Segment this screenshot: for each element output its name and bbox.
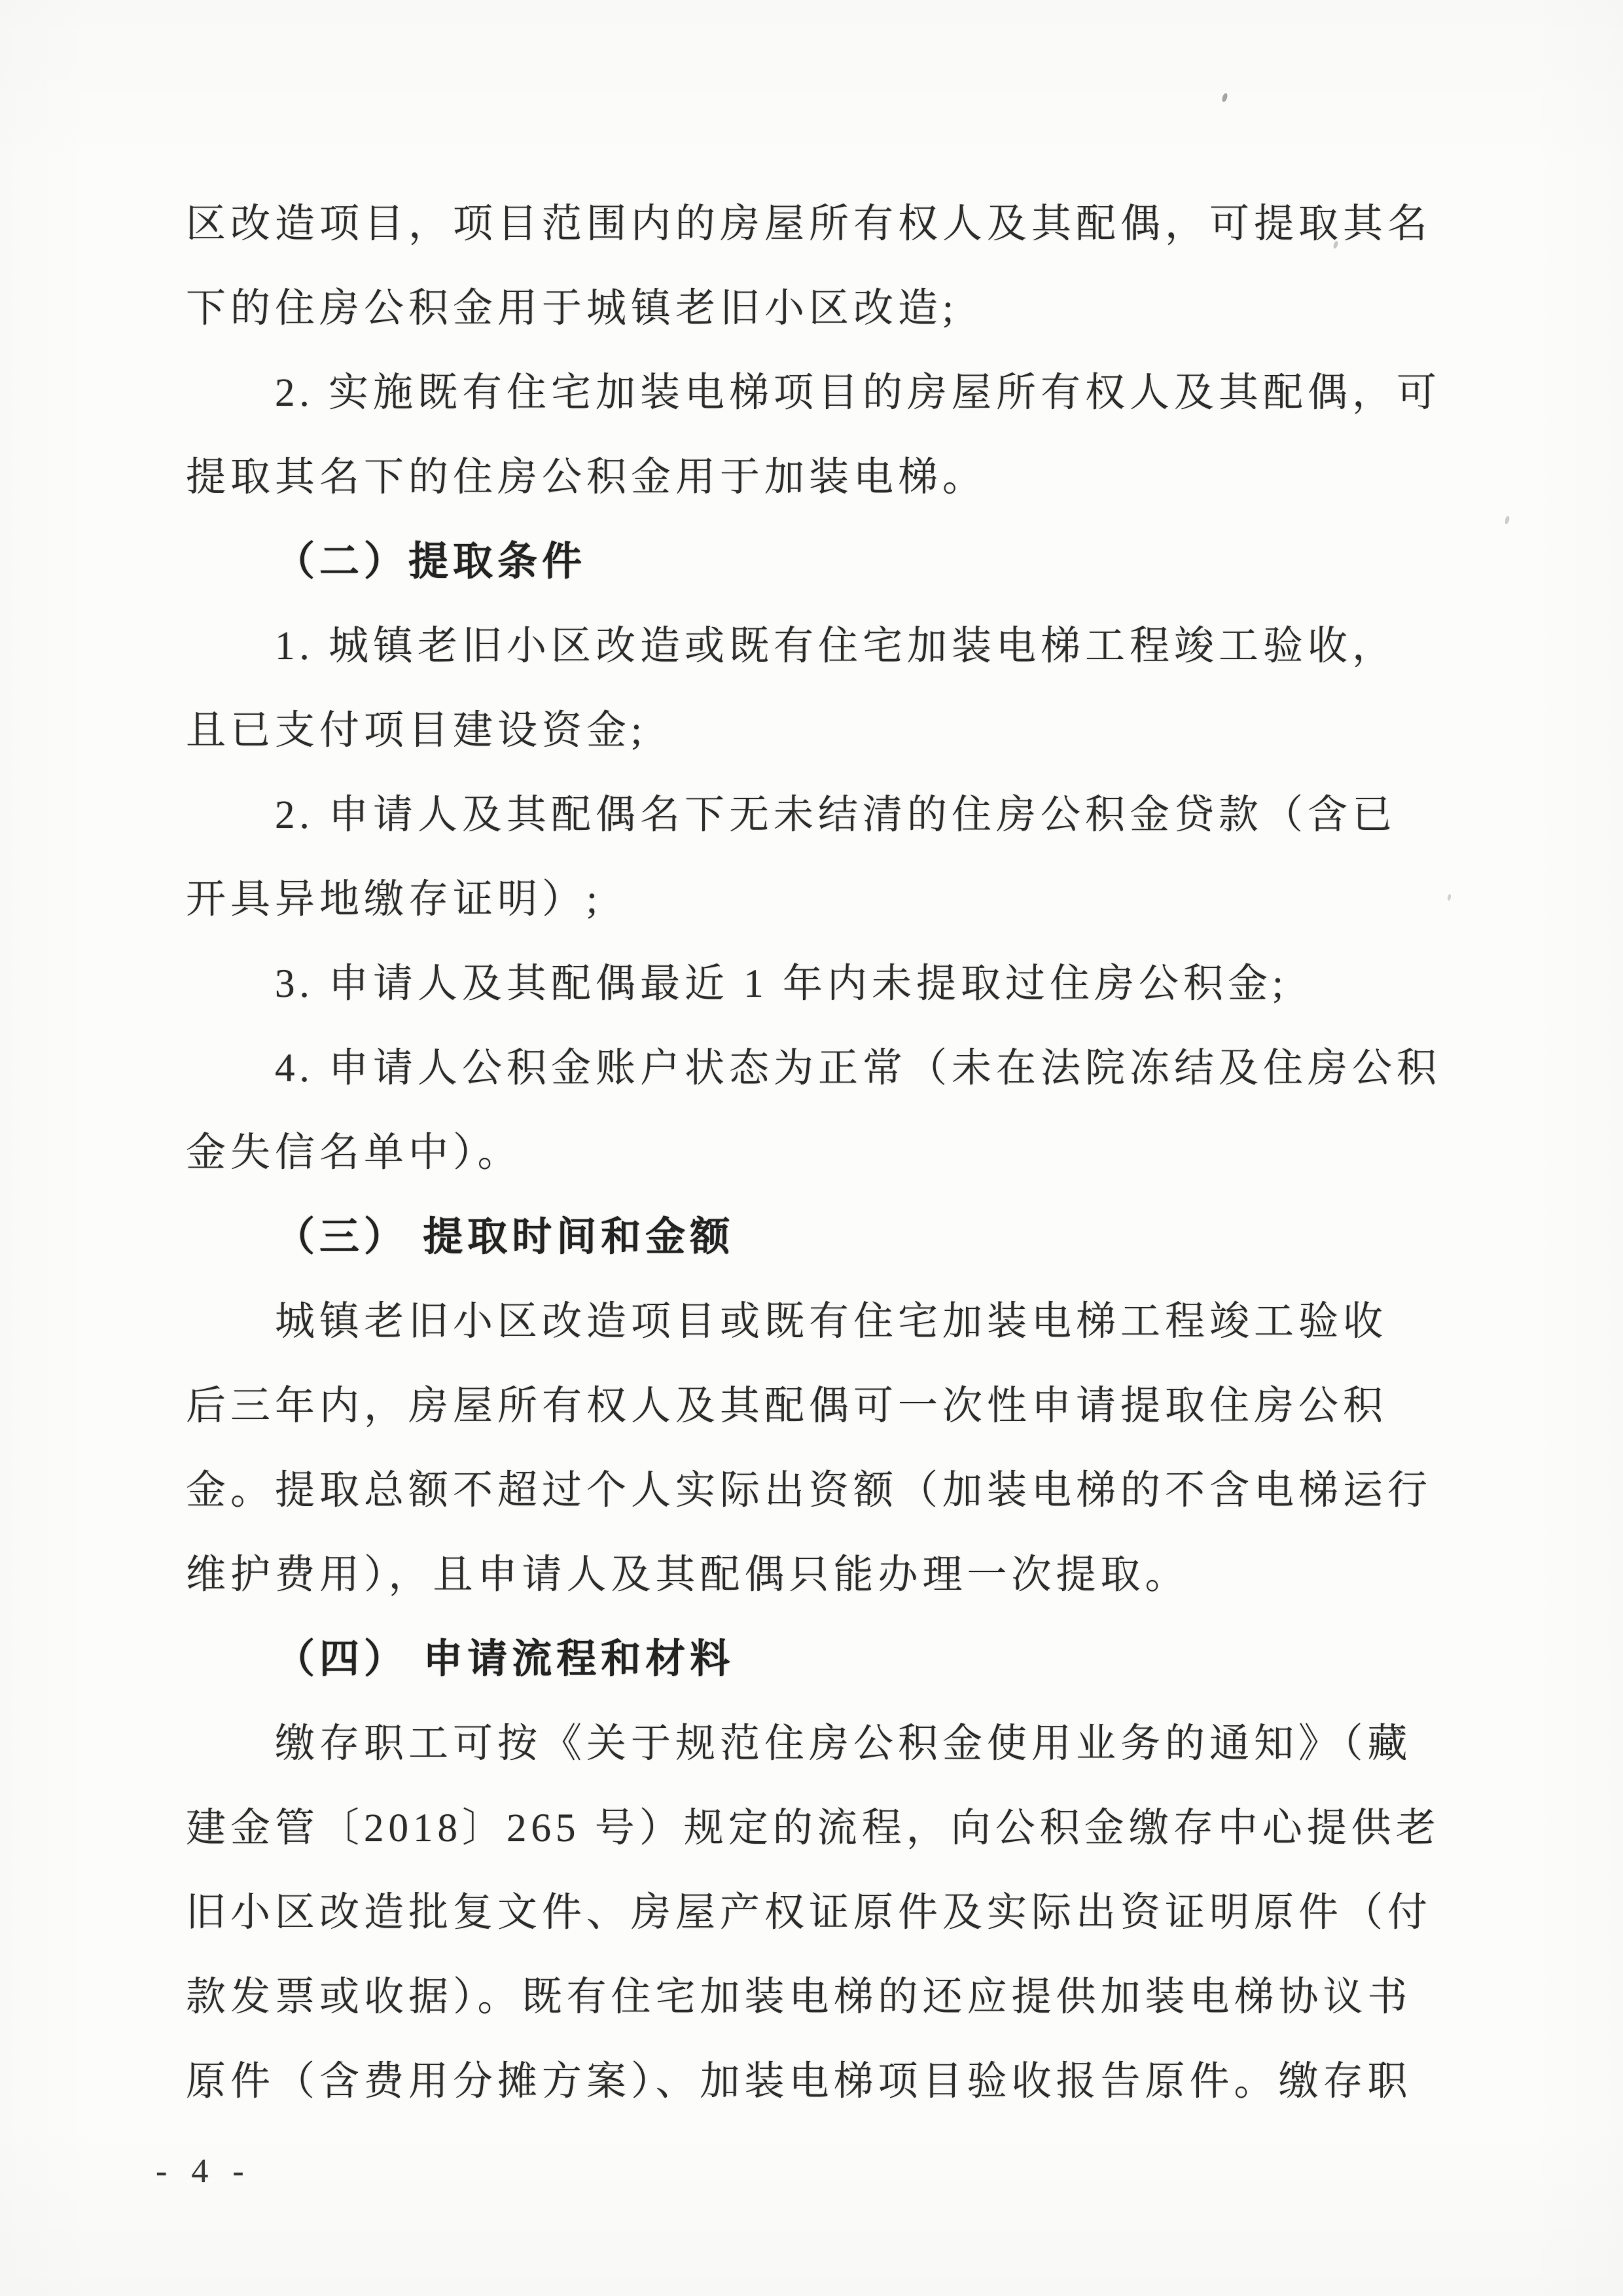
text-line: 开具异地缴存证明）; — [186, 857, 1442, 942]
text-line: 2. 实施既有住宅加装电梯项目的房屋所有权人及其配偶，可 — [186, 351, 1442, 435]
text-line: 1. 城镇老旧小区改造或既有住宅加装电梯工程竣工验收， — [186, 604, 1442, 689]
text-line: 维护费用），且申请人及其配偶只能办理一次提取。 — [186, 1533, 1442, 1617]
section-heading: （三） 提取时间和金额 — [186, 1195, 1442, 1280]
text-line: 且已支付项目建设资金; — [186, 689, 1442, 773]
text-line: 4. 申请人公积金账户状态为正常（未在法院冻结及住房公积 — [186, 1026, 1442, 1111]
text-line: 3. 申请人及其配偶最近 1 年内未提取过住房公积金; — [186, 942, 1442, 1026]
text-line: 金。提取总额不超过个人实际出资额（加装电梯的不含电梯运行 — [186, 1448, 1442, 1533]
text-line: 建金管〔2018〕265 号）规定的流程，向公积金缴存中心提供老 — [186, 1786, 1442, 1871]
text-line: 缴存职工可按《关于规范住房公积金使用业务的通知》（藏 — [186, 1702, 1442, 1786]
page-number: - 4 - — [156, 2152, 252, 2191]
text-line: 2. 申请人及其配偶名下无未结清的住房公积金贷款（含已 — [186, 773, 1442, 857]
section-heading: （四） 申请流程和材料 — [186, 1617, 1442, 1702]
section-heading: （二）提取条件 — [186, 520, 1442, 604]
text-line: 旧小区改造批复文件、房屋产权证原件及实际出资证明原件（付 — [186, 1871, 1442, 1955]
text-line: 款发票或收据）。既有住宅加装电梯的还应提供加装电梯协议书 — [186, 1955, 1442, 2039]
text-line: 提取其名下的住房公积金用于加装电梯。 — [186, 435, 1442, 520]
text-line: 后三年内，房屋所有权人及其配偶可一次性申请提取住房公积 — [186, 1364, 1442, 1448]
text-line: 原件（含费用分摊方案）、加装电梯项目验收报告原件。缴存职 — [186, 2039, 1442, 2124]
text-line: 区改造项目，项目范围内的房屋所有权人及其配偶，可提取其名 — [186, 182, 1442, 266]
text-line: 下的住房公积金用于城镇老旧小区改造; — [186, 266, 1442, 351]
text-line: 城镇老旧小区改造项目或既有住宅加装电梯工程竣工验收 — [186, 1280, 1442, 1364]
text-line: 金失信名单中）。 — [186, 1111, 1442, 1195]
document-text-block: 区改造项目，项目范围内的房屋所有权人及其配偶，可提取其名下的住房公积金用于城镇老… — [186, 182, 1442, 2124]
